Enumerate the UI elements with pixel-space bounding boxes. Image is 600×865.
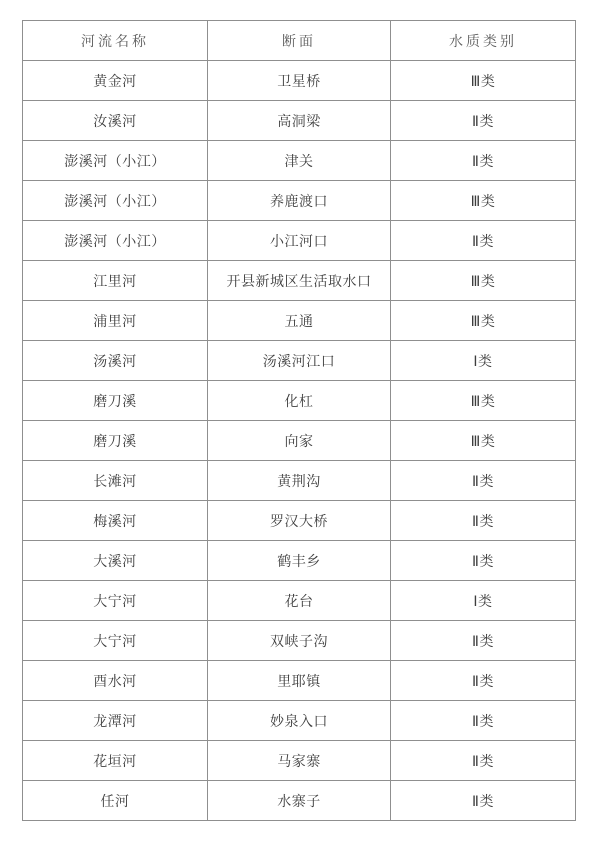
river-name-cell: 澎溪河（小江） xyxy=(23,221,208,261)
river-name-cell: 汝溪河 xyxy=(23,101,208,141)
table-row: 澎溪河（小江）小江河口Ⅱ类 xyxy=(23,221,576,261)
section-cell: 双峡子沟 xyxy=(208,621,391,661)
section-cell: 五通 xyxy=(208,301,391,341)
river-name-cell: 酉水河 xyxy=(23,661,208,701)
section-cell: 开县新城区生活取水口 xyxy=(208,261,391,301)
section-cell: 津关 xyxy=(208,141,391,181)
river-name-cell: 浦里河 xyxy=(23,301,208,341)
river-name-cell: 大宁河 xyxy=(23,581,208,621)
section-cell: 罗汉大桥 xyxy=(208,501,391,541)
section-cell: 高洞梁 xyxy=(208,101,391,141)
water-quality-class-cell: Ⅲ类 xyxy=(391,181,576,221)
table-header-row: 河流名称 断面 水质类别 xyxy=(23,21,576,61)
section-cell: 汤溪河江口 xyxy=(208,341,391,381)
header-river-name: 河流名称 xyxy=(23,21,208,61)
table-row: 大溪河鹤丰乡Ⅱ类 xyxy=(23,541,576,581)
section-cell: 养鹿渡口 xyxy=(208,181,391,221)
section-cell: 化杠 xyxy=(208,381,391,421)
section-cell: 卫星桥 xyxy=(208,61,391,101)
river-name-cell: 澎溪河（小江） xyxy=(23,141,208,181)
river-name-cell: 龙潭河 xyxy=(23,701,208,741)
section-cell: 小江河口 xyxy=(208,221,391,261)
section-cell: 向家 xyxy=(208,421,391,461)
table-row: 澎溪河（小江）津关Ⅱ类 xyxy=(23,141,576,181)
river-name-cell: 花垣河 xyxy=(23,741,208,781)
table-row: 大宁河花台Ⅰ类 xyxy=(23,581,576,621)
table-row: 黄金河卫星桥Ⅲ类 xyxy=(23,61,576,101)
table-row: 梅溪河罗汉大桥Ⅱ类 xyxy=(23,501,576,541)
section-cell: 鹤丰乡 xyxy=(208,541,391,581)
table-row: 任河水寨子Ⅱ类 xyxy=(23,781,576,821)
river-name-cell: 大溪河 xyxy=(23,541,208,581)
water-quality-class-cell: Ⅱ类 xyxy=(391,621,576,661)
water-quality-class-cell: Ⅱ类 xyxy=(391,501,576,541)
water-quality-class-cell: Ⅲ类 xyxy=(391,261,576,301)
river-name-cell: 大宁河 xyxy=(23,621,208,661)
table-row: 磨刀溪向家Ⅲ类 xyxy=(23,421,576,461)
section-cell: 黄荆沟 xyxy=(208,461,391,501)
water-quality-class-cell: Ⅱ类 xyxy=(391,661,576,701)
water-quality-class-cell: Ⅱ类 xyxy=(391,741,576,781)
section-cell: 马家寨 xyxy=(208,741,391,781)
water-quality-class-cell: Ⅱ类 xyxy=(391,221,576,261)
water-quality-class-cell: Ⅰ类 xyxy=(391,341,576,381)
table-row: 浦里河五通Ⅲ类 xyxy=(23,301,576,341)
water-quality-class-cell: Ⅱ类 xyxy=(391,701,576,741)
table-row: 汝溪河高洞梁Ⅱ类 xyxy=(23,101,576,141)
river-name-cell: 汤溪河 xyxy=(23,341,208,381)
section-cell: 水寨子 xyxy=(208,781,391,821)
river-name-cell: 长滩河 xyxy=(23,461,208,501)
table-row: 酉水河里耶镇Ⅱ类 xyxy=(23,661,576,701)
water-quality-class-cell: Ⅱ类 xyxy=(391,101,576,141)
section-cell: 花台 xyxy=(208,581,391,621)
river-name-cell: 黄金河 xyxy=(23,61,208,101)
river-name-cell: 梅溪河 xyxy=(23,501,208,541)
table-row: 澎溪河（小江）养鹿渡口Ⅲ类 xyxy=(23,181,576,221)
table-row: 汤溪河汤溪河江口Ⅰ类 xyxy=(23,341,576,381)
water-quality-class-cell: Ⅱ类 xyxy=(391,461,576,501)
water-quality-class-cell: Ⅲ类 xyxy=(391,381,576,421)
water-quality-class-cell: Ⅲ类 xyxy=(391,301,576,341)
river-name-cell: 磨刀溪 xyxy=(23,421,208,461)
river-name-cell: 任河 xyxy=(23,781,208,821)
water-quality-class-cell: Ⅱ类 xyxy=(391,781,576,821)
water-quality-class-cell: Ⅱ类 xyxy=(391,541,576,581)
section-cell: 妙泉入口 xyxy=(208,701,391,741)
river-name-cell: 澎溪河（小江） xyxy=(23,181,208,221)
water-quality-class-cell: Ⅲ类 xyxy=(391,421,576,461)
table-row: 花垣河马家寨Ⅱ类 xyxy=(23,741,576,781)
river-name-cell: 江里河 xyxy=(23,261,208,301)
section-cell: 里耶镇 xyxy=(208,661,391,701)
table-row: 大宁河双峡子沟Ⅱ类 xyxy=(23,621,576,661)
table-row: 龙潭河妙泉入口Ⅱ类 xyxy=(23,701,576,741)
table-row: 磨刀溪化杠Ⅲ类 xyxy=(23,381,576,421)
river-name-cell: 磨刀溪 xyxy=(23,381,208,421)
water-quality-table: 河流名称 断面 水质类别 黄金河卫星桥Ⅲ类汝溪河高洞梁Ⅱ类澎溪河（小江）津关Ⅱ类… xyxy=(22,20,576,821)
water-quality-class-cell: Ⅰ类 xyxy=(391,581,576,621)
table-row: 长滩河黄荆沟Ⅱ类 xyxy=(23,461,576,501)
water-quality-class-cell: Ⅲ类 xyxy=(391,61,576,101)
header-section: 断面 xyxy=(208,21,391,61)
water-quality-class-cell: Ⅱ类 xyxy=(391,141,576,181)
header-water-quality-class: 水质类别 xyxy=(391,21,576,61)
table-row: 江里河开县新城区生活取水口Ⅲ类 xyxy=(23,261,576,301)
